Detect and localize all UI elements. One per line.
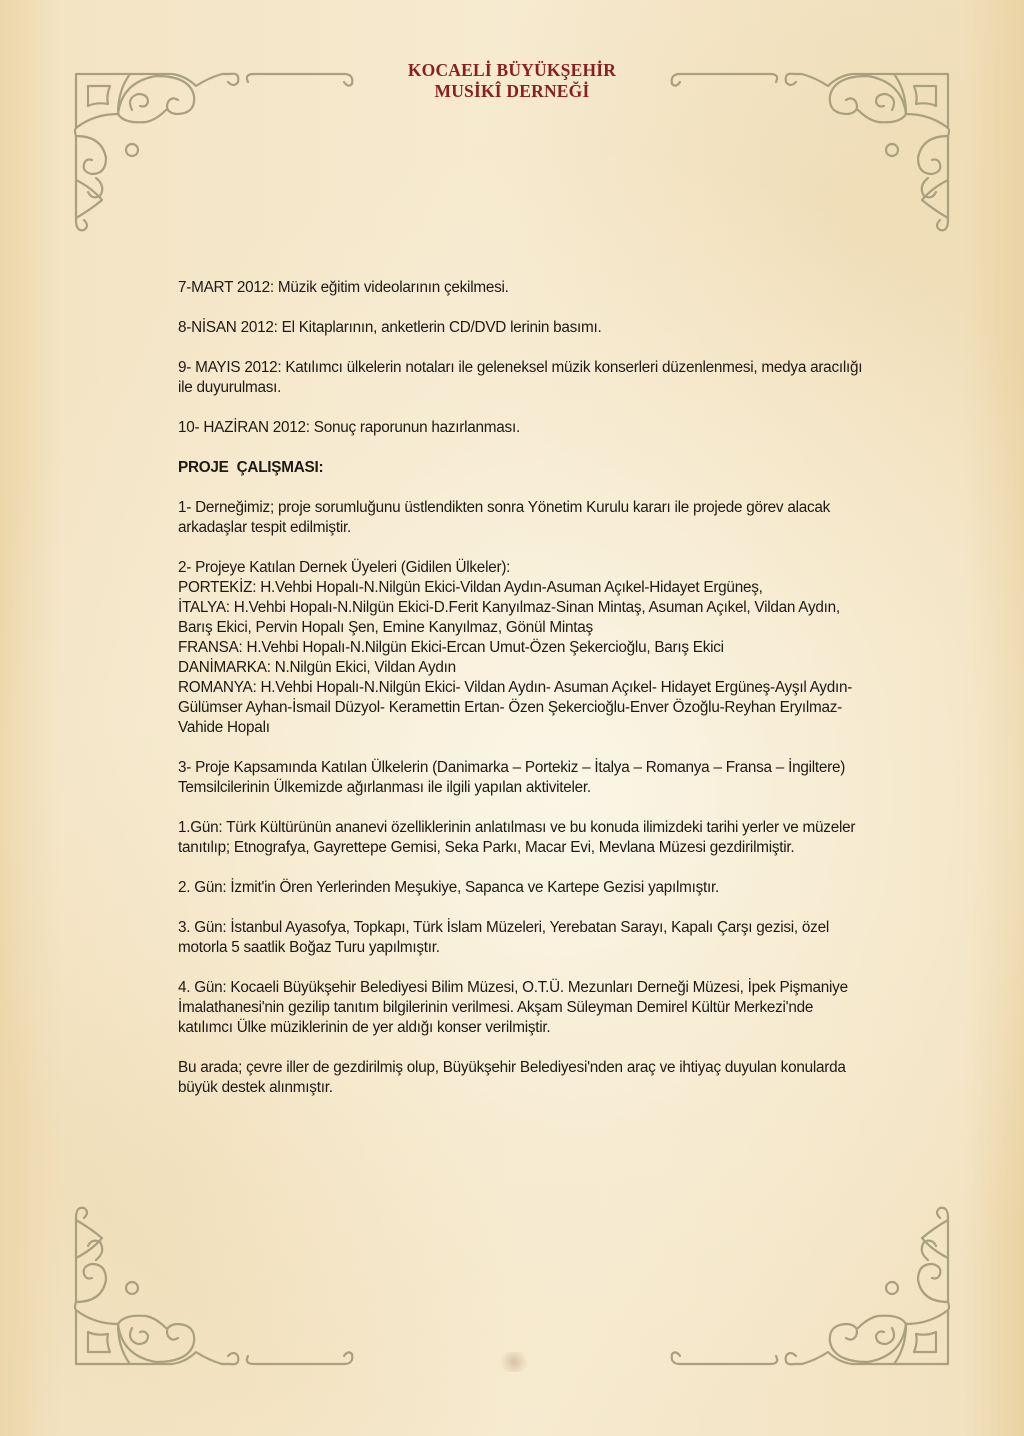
corner-flourish-icon [72,1198,432,1368]
corner-ornament-bottom-left [72,1198,432,1368]
organization-title-line2: MUSİKÎ DERNEĞİ [0,81,1024,102]
organization-title: KOCAELİ BÜYÜKŞEHİR MUSİKÎ DERNEĞİ [0,60,1024,102]
country-portugal: PORTEKİZ: H.Vehbi Hopalı-N.Nilgün Ekici-… [178,578,868,598]
schedule-item-march: 7-MART 2012: Müzik eğitim videolarının ç… [178,278,868,298]
country-romania: ROMANYA: H.Vehbi Hopalı-N.Nilgün Ekici- … [178,678,868,738]
corner-flourish-icon [592,1198,952,1368]
project-item-2-title: 2- Projeye Katılan Dernek Üyeleri (Gidil… [178,558,868,578]
day-4: 4. Gün: Kocaeli Büyükşehir Belediyesi Bi… [178,978,868,1038]
schedule-item-june: 10- HAZİRAN 2012: Sonuç raporunun hazırl… [178,418,868,438]
project-item-2: 2- Projeye Katılan Dernek Üyeleri (Gidil… [178,558,868,738]
scan-artifact [497,1352,531,1372]
organization-title-line1: KOCAELİ BÜYÜKŞEHİR [0,60,1024,81]
section-heading: PROJE ÇALIŞMASI: [178,458,868,478]
document-body: 7-MART 2012: Müzik eğitim videolarının ç… [178,278,868,1118]
day-3: 3. Gün: İstanbul Ayasofya, Topkapı, Türk… [178,918,868,958]
day-2: 2. Gün: İzmit'in Ören Yerlerinden Meşuki… [178,878,868,898]
schedule-item-april: 8-NİSAN 2012: El Kitaplarının, anketleri… [178,318,868,338]
project-item-3: 3- Proje Kapsamında Katılan Ülkelerin (D… [178,758,868,798]
day-1: 1.Gün: Türk Kültürünün ananevi özellikle… [178,818,868,858]
country-denmark: DANİMARKA: N.Nilgün Ekici, Vildan Aydın [178,658,868,678]
closing-paragraph: Bu arada; çevre iller de gezdirilmiş olu… [178,1058,868,1098]
project-item-1: 1- Derneğimiz; proje sorumluğunu üstlend… [178,498,868,538]
corner-ornament-bottom-right [592,1198,952,1368]
country-france: FRANSA: H.Vehbi Hopalı-N.Nilgün Ekici-Er… [178,638,868,658]
country-italy: İTALYA: H.Vehbi Hopalı-N.Nilgün Ekici-D.… [178,598,868,638]
schedule-item-may: 9- MAYIS 2012: Katılımcı ülkelerin notal… [178,358,868,398]
